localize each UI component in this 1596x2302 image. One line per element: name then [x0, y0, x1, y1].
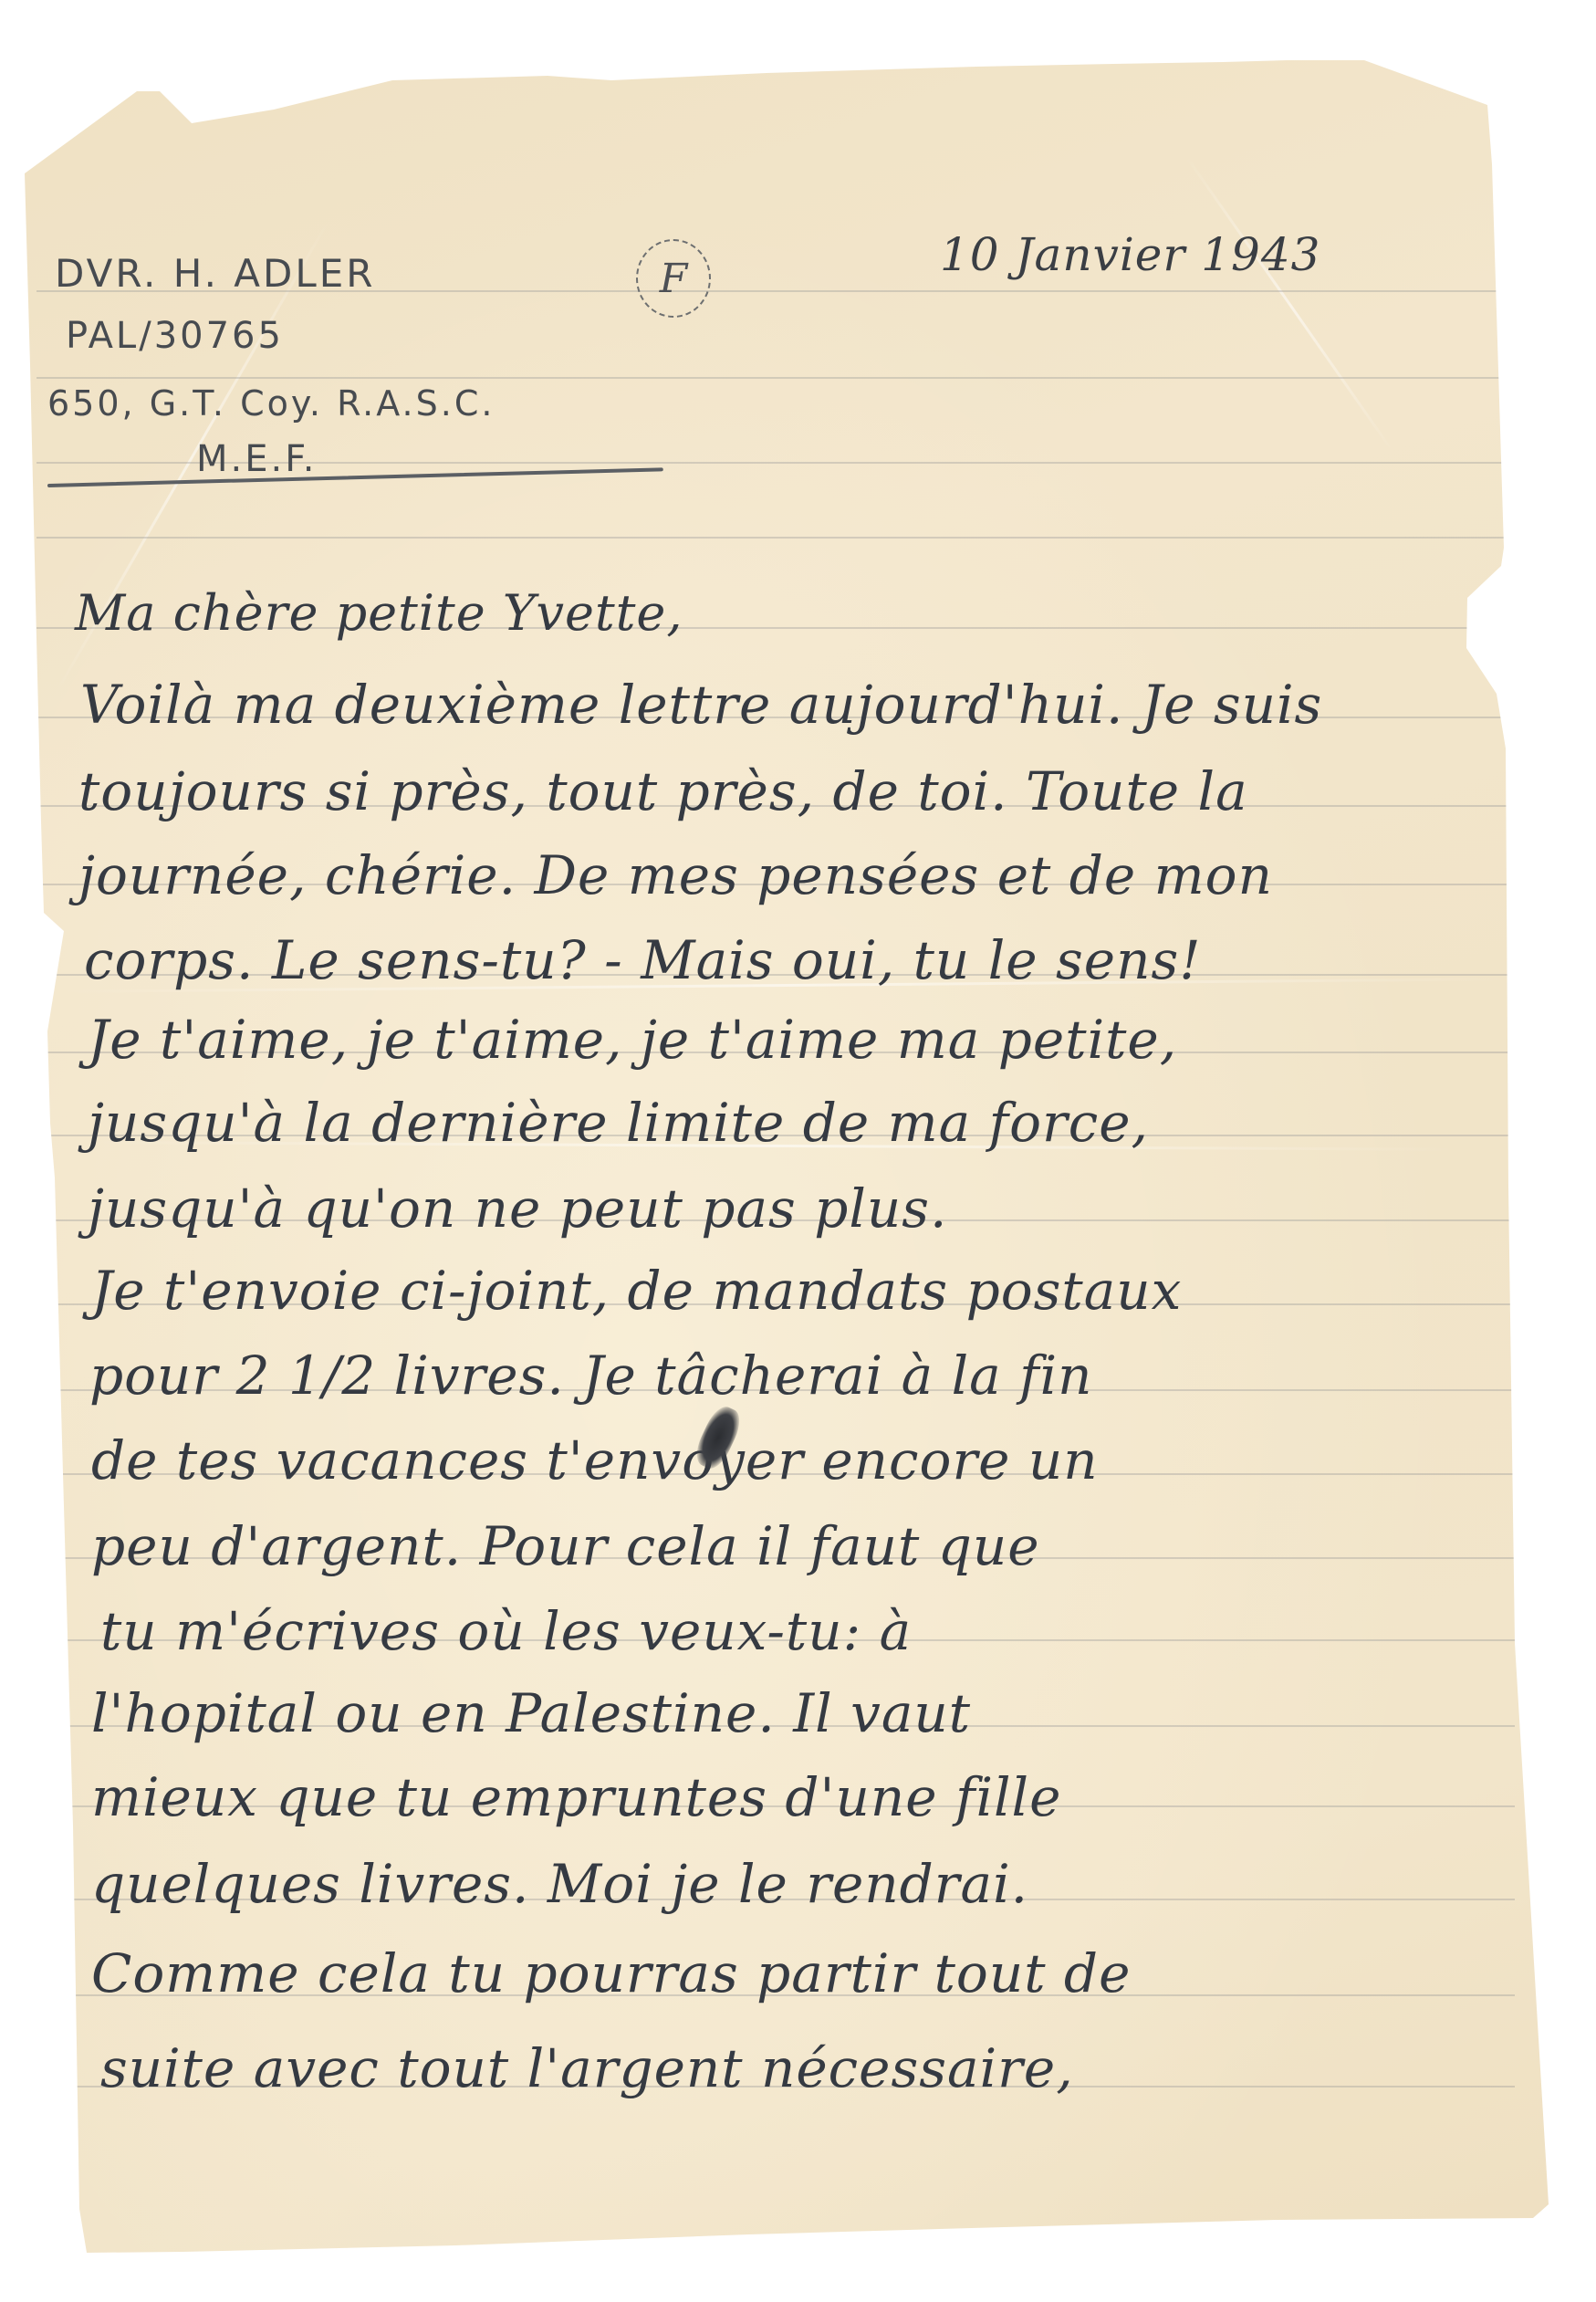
- scanned-page: DVR. H. ADLER PAL/30765 650, G.T. Coy. R…: [0, 0, 1596, 2302]
- letter-line: peu d'argent. Pour cela il faut que: [91, 1515, 1040, 1577]
- sender-name: DVR. H. ADLER: [55, 251, 375, 296]
- sender-unit: 650, G.T. Coy. R.A.S.C.: [47, 383, 495, 424]
- stamp-letter-icon: F: [660, 256, 688, 302]
- letter-line: de tes vacances t'envoyer encore un: [91, 1429, 1099, 1491]
- letter-line: Je t'envoie ci-joint, de mandats postaux: [91, 1260, 1182, 1322]
- sender-force: M.E.F.: [196, 438, 318, 480]
- sender-service-number: PAL/30765: [66, 315, 284, 357]
- letter-line: jusqu'à la dernière limite de ma force,: [88, 1092, 1149, 1154]
- letter-salutation: Ma chère petite Yvette,: [75, 584, 683, 642]
- ruled-line: [37, 377, 1515, 379]
- letter-line: tu m'écrives où les veux-tu: à: [100, 1600, 912, 1662]
- letter-line: Comme cela tu pourras partir tout de: [91, 1942, 1131, 2004]
- letter-date: 10 Janvier 1943: [940, 228, 1320, 281]
- letter-line: journée, chérie. De mes pensées et de mo…: [78, 844, 1273, 906]
- letter-line: quelques livres. Moi je le rendrai.: [91, 1853, 1028, 1915]
- paper-crease: [1185, 156, 1397, 456]
- letter-line: jusqu'à qu'on ne peut pas plus.: [88, 1177, 948, 1240]
- letter-line: Je t'aime, je t'aime, je t'aime ma petit…: [88, 1009, 1177, 1071]
- letter-line: toujours si près, tout près, de toi. Tou…: [78, 760, 1248, 822]
- letter-line: Voilà ma deuxième lettre aujourd'hui. Je…: [80, 674, 1322, 736]
- letter-line: l'hopital ou en Palestine. Il vaut: [91, 1682, 971, 1744]
- ruled-line: [37, 537, 1515, 539]
- letter-line: corps. Le sens-tu? - Mais oui, tu le sen…: [84, 929, 1202, 991]
- letter-line: suite avec tout l'argent nécessaire,: [100, 2037, 1074, 2099]
- letter-line: pour 2 1/2 livres. Je tâcherai à la fin: [89, 1345, 1093, 1407]
- letter-line: mieux que tu empruntes d'une fille: [91, 1766, 1061, 1828]
- circled-initial-stamp: F: [636, 239, 711, 318]
